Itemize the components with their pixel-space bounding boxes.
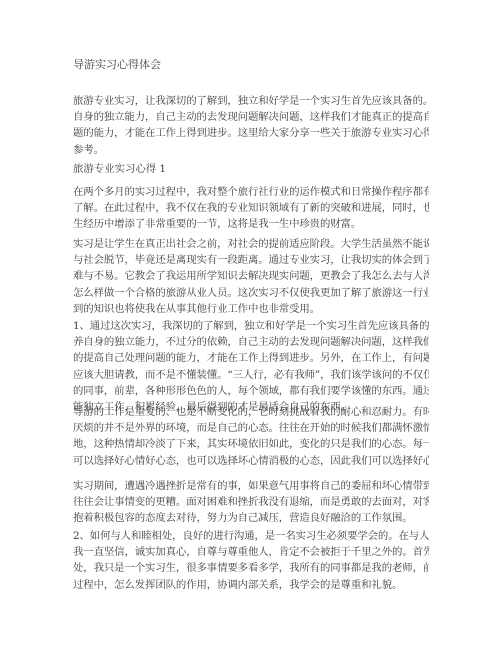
text-line: 的提高自己处理问题的能力，才能在工作上得到进步。另外，在工作上，有问题，有不懂 [73,350,429,366]
text-line: 往往会让事情变的更糟。面对困难和挫折我没有退缩，而是勇敢的去面对，对客人我始终 [73,494,429,510]
text-line: 题的能力，才能在工作上得到进步。这里给大家分享一些关于旅游专业实习心得，供大家 [73,125,429,141]
text-line: 厌烦的并不是外界的环境，而是自己的心态。往往在开始的时候我们都满怀激情，而慢慢 [73,420,429,436]
text-line: 生经历中增添了非常重要的一节，这将是我一生中珍贵的财富。 [73,216,429,232]
document-title: 导游实习心得体会 [73,57,161,73]
text-line: 2、如何与人和睦相处，良好的进行沟通，是一名实习生必须要学会的。在与人相处方面， [73,528,429,544]
text-line: 应该大胆请教，而不是不懂装懂。“三人行，必有我师”，我们该学该问的不仅仅限于我们 [73,367,429,383]
text-line: 养自身的独立能力，不过分的依赖，自己主动的去发现问题解决问题，这样我们才能真正 [73,334,429,350]
text-line: 怎么样做一个合格的旅游从业人员。这次实习不仅使我更加了解了旅游这一行业，从中学 [73,285,429,301]
text-line: 难与不易。它教会了我运用所学知识去解决现实问题，更教会了我怎么去与人沟通交流， [73,268,429,284]
text-line: 旅游专业实习，让我深切的了解到，独立和好学是一个实习生首先应该具备的。只有培养 [73,93,429,109]
text-line: 处，我只是一个实习生，很多事情要多看多学，我所有的同事都是我的老师，前辈，工作 [73,560,429,576]
paragraph-6: 2、如何与人和睦相处，良好的进行沟通，是一名实习生必须要学会的。在与人相处方面，… [73,528,429,593]
paragraph-2: 实习是让学生在真正出社会之前，对社会的提前适应阶段。大学生活虽然不能说是完全的 … [73,236,429,317]
text-line: 可以选择好心情好心态，也可以选择坏心情消极的心态，因此我们可以选择好心情好态度! [73,453,429,469]
intro-paragraph: 旅游专业实习，让我深切的了解到，独立和好学是一个实习生首先应该具备的。只有培养 … [73,93,429,158]
text-line: 过程中，怎么发挥团队的作用，协调内部关系，我学会的是尊重和礼貌。 [73,577,429,593]
text-line: 1、通过这次实习，我深切的了解到，独立和好学是一个实习生首先应该具备的。只有培 [73,318,429,334]
text-line: 与社会脱节，毕竟还是离现实有一段距离。通过专业实习，让我切实的体会到了工作的艰 [73,252,429,268]
paragraph-1: 在两个多月的实习过程中，我对整个旅行社行业的运作模式和日常操作程序都有了一定得 … [73,184,429,233]
text-line: 的同事，前辈，各种形形色色的人，每个领域，都有我们要学该懂的东西。通过学习，才 [73,383,429,399]
paragraph-4: 导游的工作是重复的、也是不断变化的，它时刻挑战着我的耐心和忍耐力。有时候，心生 … [73,404,429,469]
paragraph-3: 1、通过这次实习，我深切的了解到，独立和好学是一个实习生首先应该具备的。只有培 … [73,318,429,415]
text-line: 在两个多月的实习过程中，我对整个旅行社行业的运作模式和日常操作程序都有了一定得 [73,184,429,200]
text-line: 参考。 [73,142,429,158]
text-line: 实习是让学生在真正出社会之前，对社会的提前适应阶段。大学生活虽然不能说是完全的 [73,236,429,252]
text-line: 实习期间，遭遇冷遇挫折是常有的事，如果意气用事将自己的委屈和坏心情带到工作中， [73,478,429,494]
text-line: 自身的独立能力，自己主动的去发现问题解决问题，这样我们才能真正的提高自己处理问 [73,109,429,125]
text-line: 地，这种热情却冷淡了下来，其实环境依旧如此，变化的只是我们的心态。每一天，我们 [73,436,429,452]
text-line: 导游的工作是重复的、也是不断变化的，它时刻挑战着我的耐心和忍耐力。有时候，心生 [73,404,429,420]
text-line: 到的知识也将使我在从事其他行业工作中也非常受用。 [73,301,429,317]
paragraph-5: 实习期间，遭遇冷遇挫折是常有的事，如果意气用事将自己的委屈和坏心情带到工作中， … [73,478,429,527]
text-line: 了解。在此过程中，我不仅在我的专业知识领域有了新的突破和进展，同时，也在我的人 [73,200,429,216]
text-line: 我一直坚信，诚实加真心，自尊与尊重他人，肯定不会被拒于千里之外的。首先和同事相 [73,544,429,560]
section-heading: 旅游专业实习心得 1 [73,161,166,177]
text-line: 抱着积极包容的态度去对待，努力为自己减压，营造良好融洽的工作氛围。 [73,510,429,526]
